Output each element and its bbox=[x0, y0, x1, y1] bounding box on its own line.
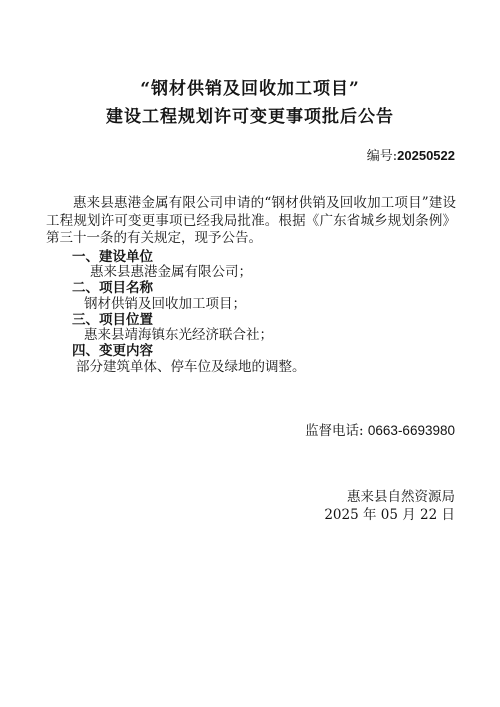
notice-title-line1: “钢材供销及回收加工项目” bbox=[0, 75, 500, 103]
signature-block: 惠来县自然资源局 2025 年 05 月 22 日 bbox=[0, 488, 500, 525]
doc-number-label: 编号: bbox=[367, 149, 397, 164]
notice-item: 三、项目位置 惠来县靖海镇东光经济联合社； bbox=[46, 313, 456, 345]
item-content: 部分建筑单体、停车位及绿地的调整。 bbox=[46, 360, 456, 376]
notice-title: “钢材供销及回收加工项目” 建设工程规划许可变更事项批后公告 bbox=[0, 0, 500, 131]
item-heading: 四、变更内容 bbox=[46, 344, 456, 360]
item-content: 钢材供销及回收加工项目； bbox=[46, 297, 456, 313]
supervision-phone-value: 0663-6693980 bbox=[368, 423, 455, 438]
item-heading: 一、建设单位 bbox=[46, 250, 456, 266]
issuing-authority: 惠来县自然资源局 bbox=[0, 488, 455, 507]
supervision-phone-label: 监督电话: bbox=[305, 423, 368, 439]
notice-title-line2: 建设工程规划许可变更事项批后公告 bbox=[0, 103, 500, 131]
issue-date: 2025 年 05 月 22 日 bbox=[0, 506, 455, 525]
notice-body-paragraph: 惠来县惠港金属有限公司申请的“钢材供销及回收加工项目”建设工程规划许可变更事项已… bbox=[46, 195, 456, 248]
notice-item: 二、项目名称 钢材供销及回收加工项目； bbox=[46, 281, 456, 313]
doc-number-value: 20250522 bbox=[397, 148, 455, 163]
doc-number: 编号:20250522 bbox=[0, 147, 500, 165]
item-content: 惠来县靖海镇东光经济联合社； bbox=[46, 328, 456, 344]
notice-document: “钢材供销及回收加工项目” 建设工程规划许可变更事项批后公告 编号:202505… bbox=[0, 0, 500, 707]
notice-items: 一、建设单位 惠来县惠港金属有限公司； 二、项目名称 钢材供销及回收加工项目； … bbox=[46, 250, 456, 376]
notice-item: 四、变更内容 部分建筑单体、停车位及绿地的调整。 bbox=[46, 344, 456, 376]
supervision-phone: 监督电话: 0663-6693980 bbox=[0, 422, 500, 440]
item-heading: 二、项目名称 bbox=[46, 281, 456, 297]
notice-item: 一、建设单位 惠来县惠港金属有限公司； bbox=[46, 250, 456, 282]
item-content: 惠来县惠港金属有限公司； bbox=[46, 265, 456, 281]
